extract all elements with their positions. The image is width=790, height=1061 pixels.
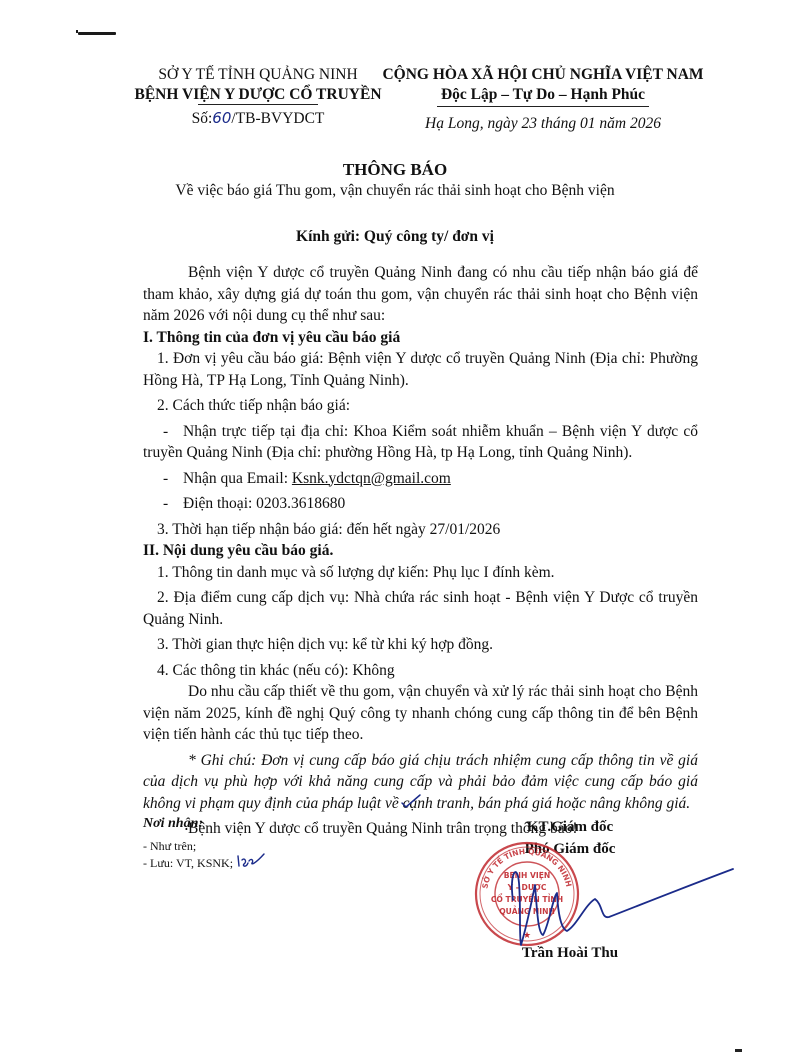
organization-name: BỆNH VIỆN Y DƯỢC CỔ TRUYỀN — [128, 85, 388, 105]
section-1-item-3: 3. Thời hạn tiếp nhận báo giá: đến hết n… — [143, 519, 698, 541]
handwritten-number: 60 — [212, 109, 231, 127]
nation-name: CỘNG HÒA XÃ HỘI CHỦ NGHĨA VIỆT NAM — [378, 65, 708, 85]
header-right: CỘNG HÒA XÃ HỘI CHỦ NGHĨA VIỆT NAM Độc L… — [378, 65, 708, 134]
section-1-item-1: 1. Đơn vị yêu cầu báo giá: Bệnh viện Y d… — [143, 348, 698, 391]
document-body: Bệnh viện Y dược cổ truyền Quảng Ninh đa… — [143, 262, 698, 840]
greeting: Kính gửi: Quý công ty/ đơn vị — [0, 228, 790, 246]
document-title: THÔNG BÁO — [0, 160, 790, 180]
section-2-item-2: 2. Địa điểm cung cấp dịch vụ: Nhà chứa r… — [143, 587, 698, 630]
signer-name: Trần Hoài Thu — [470, 945, 670, 962]
signer-role-line-1: KT.Giám đốc — [470, 816, 670, 838]
document-number: Số:60/TB-BVYDCT — [128, 108, 388, 129]
request-paragraph: Do nhu cầu cấp thiết về thu gom, vận chu… — [143, 681, 698, 746]
recipients-list: - Như trên; - Lưu: VT, KSNK; — [143, 838, 233, 872]
recipient-item: - Như trên; — [143, 838, 233, 855]
header-left: SỞ Y TẾ TỈNH QUẢNG NINH BỆNH VIỆN Y DƯỢC… — [128, 65, 388, 129]
header-right-underline — [437, 106, 649, 107]
recipient-item: - Lưu: VT, KSNK; — [143, 855, 233, 872]
handwritten-signature-icon — [505, 855, 735, 955]
intro-paragraph: Bệnh viện Y dược cổ truyền Quảng Ninh đa… — [143, 262, 698, 327]
email-link[interactable]: Ksnk.ydctqn@gmail.com — [292, 470, 451, 487]
section-2-item-1: 1. Thông tin danh mục và số lượng dự kiế… — [143, 562, 698, 584]
handwritten-initial-icon — [236, 852, 266, 868]
recipients-label: Nơi nhận: — [143, 816, 203, 832]
scan-mark — [78, 32, 116, 35]
header-left-underline — [198, 104, 318, 105]
document-subtitle: Về việc báo giá Thu gom, vận chuyển rác … — [0, 182, 790, 200]
section-2-item-4: 4. Các thông tin khác (nếu có): Không — [143, 660, 698, 682]
handwritten-tick-icon — [400, 793, 422, 809]
ministry-name: SỞ Y TẾ TỈNH QUẢNG NINH — [128, 65, 388, 85]
section-1-heading: I. Thông tin của đơn vị yêu cầu báo giá — [143, 327, 698, 349]
place-date: Hạ Long, ngày 23 tháng 01 năm 2026 — [378, 114, 708, 134]
scan-mark — [735, 1049, 742, 1052]
section-2-heading: II. Nội dung yêu cầu báo giá. — [143, 540, 698, 562]
section-1-item-2: 2. Cách thức tiếp nhận báo giá: — [143, 395, 698, 417]
national-motto: Độc Lập – Tự Do – Hạnh Phúc — [378, 85, 708, 105]
section-1-bullet-2: -Nhận qua Email: Ksnk.ydctqn@gmail.com — [143, 468, 698, 490]
section-2-item-3: 3. Thời gian thực hiện dịch vụ: kể từ kh… — [143, 634, 698, 656]
section-1-bullet-3: -Điện thoại: 0203.3618680 — [143, 493, 698, 515]
section-1-bullet-1: -Nhận trực tiếp tại địa chỉ: Khoa Kiểm s… — [143, 421, 698, 464]
